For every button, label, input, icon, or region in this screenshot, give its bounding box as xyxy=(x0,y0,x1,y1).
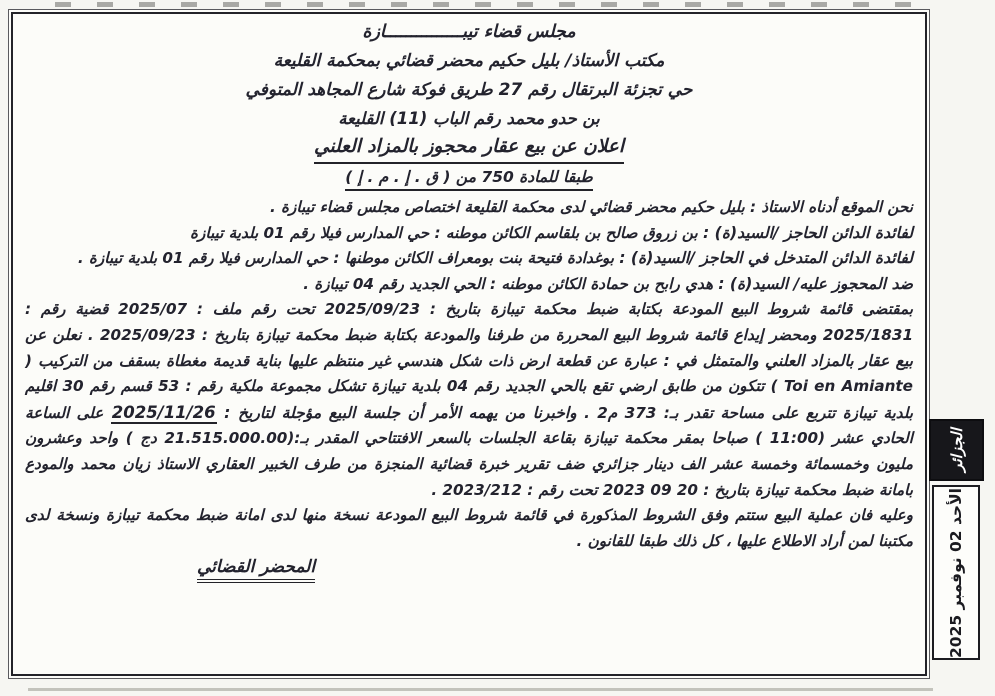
creditor-details: بن زروق صالح بن بلقاسم الكائن موطنه : حي… xyxy=(190,224,703,242)
notice-title: اعلان عن بيع عقار محجوز بالمزاد العلني xyxy=(314,134,624,164)
signature-row: المحضر القضائي xyxy=(25,557,913,583)
scan-noise-strip xyxy=(55,2,935,7)
bailiff-signature-title: المحضر القضائي xyxy=(197,557,315,583)
paragraph-undersigned: نحن الموقع أدناه الاستاذ : بليل حكيم محض… xyxy=(25,195,913,221)
court-council-line: مجلس قضاء تيبـــــــــــــــازة xyxy=(25,18,913,47)
sale-filing-details: بمقتضى قائمة شروط البيع المودعة بكتابة ض… xyxy=(25,300,913,344)
newspaper-brand-label: الجزائر xyxy=(948,428,966,471)
notice-content: مجلس قضاء تيبـــــــــــــــازة مكتب الأ… xyxy=(25,18,913,672)
document-frame: مجلس قضاء تيبـــــــــــــــازة مكتب الأ… xyxy=(8,9,930,679)
issue-date-tab: الأحد 02 نوفمبر 2025 xyxy=(932,485,980,660)
notice-subtitle-row: طبقا للمادة 750 من ( ق . إ . م . إ ) xyxy=(25,166,913,191)
issue-date-label: الأحد 02 نوفمبر 2025 xyxy=(947,488,965,658)
paragraph-creditor: لفائدة الدائن الحاجز /السيد(ة) : بن زروق… xyxy=(25,221,913,247)
notice-title-row: اعلان عن بيع عقار محجوز بالمزاد العلني xyxy=(25,134,913,164)
scan-edge-line xyxy=(28,688,933,691)
intervening-creditor-details: بوغدادة فتيحة بنت بومعراف الكائن موطنها … xyxy=(78,249,619,267)
paragraph-intervening-creditor: لفائدة الدائن المتدخل في الحاجز /السيد(ة… xyxy=(25,246,913,272)
paragraph-closing: وعليه فان عملية البيع ستتم وفق الشروط ال… xyxy=(25,503,913,554)
office-address-line-2: بن حدو محمد رقم الباب (11) القليعة xyxy=(25,105,913,133)
notice-legal-article: طبقا للمادة 750 من ( ق . إ . م . إ ) xyxy=(345,166,592,191)
newspaper-brand-tab: الجزائر xyxy=(929,419,984,481)
creditor-label: لفائدة الدائن الحاجز /السيد(ة) : xyxy=(703,224,913,242)
session-info-label: واخبرنا من يهمه الأمر أن جلسة البيع مؤجل… xyxy=(217,404,577,422)
bailiff-office-line: مكتب الأستاذ/ بليل حكيم محضر قضائي بمحكم… xyxy=(25,47,913,76)
office-address-line: حي تجزئة البرتقال رقم 27 طريق فوكة شارع … xyxy=(25,76,913,105)
paragraph-debtor: ضد المحجوز عليه/ السيد(ة) : هدي رابح بن … xyxy=(25,272,913,298)
intervening-creditor-label: لفائدة الدائن المتدخل في الحاجز /السيد(ة… xyxy=(619,249,913,267)
debtor-label: ضد المحجوز عليه/ السيد(ة) : xyxy=(718,275,913,293)
paragraph-sale-details: بمقتضى قائمة شروط البيع المودعة بكتابة ض… xyxy=(25,297,913,503)
scanned-auction-notice-page: { "doc": { "header": { "line1": "مجلس قض… xyxy=(0,0,995,696)
auction-date: 2025/11/26 xyxy=(111,403,217,424)
debtor-details: هدي رابح بن حمادة الكائن موطنه : الحي ال… xyxy=(303,275,718,293)
